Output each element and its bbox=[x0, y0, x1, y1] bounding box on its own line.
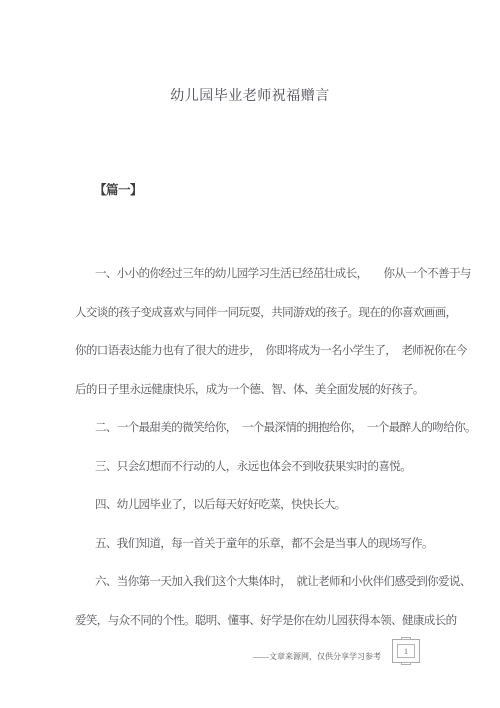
body-line: 四、幼儿园毕业了，以后每天好好吃菜，快快长大。 bbox=[75, 485, 428, 524]
body-line: 人交谈的孩子变成喜欢与同伴一同玩耍，共同游戏的孩子。现在的你喜欢画画， bbox=[75, 293, 428, 332]
body-line: 一、小小的你经过三年的幼儿园学习生活已经茁壮成长， 你从一个不善于与 bbox=[75, 254, 428, 293]
document-title: 幼儿园毕业老师祝福赠言 bbox=[0, 0, 500, 106]
body-line: 三、只会幻想而不行动的人，永远也体会不到收获果实时的喜悦。 bbox=[75, 447, 428, 486]
body-line: 后的日子里永远健康快乐，成为一个德、智、体、美全面发展的好孩子。 bbox=[75, 370, 428, 409]
body-line: 二、一个最甜美的微笑给你， 一个最深情的拥抱给你， 一个最醉人的吻给你。 bbox=[75, 408, 428, 447]
body-line: 你的口语表达能力也有了很大的进步， 你即将成为一名小学生了， 老师祝你在今 bbox=[75, 331, 428, 370]
source-note: ——文章来源网，仅供分享学习参考 bbox=[253, 651, 381, 662]
stamp-inner-frame: 1 bbox=[397, 644, 415, 658]
stamp-notch-icon bbox=[401, 662, 411, 665]
page-number: 1 bbox=[404, 647, 408, 656]
document-page: 幼儿园毕业老师祝福赠言 【篇一】 一、小小的你经过三年的幼儿园学习生活已经茁壮成… bbox=[0, 0, 500, 708]
stamp-notch-icon bbox=[401, 637, 411, 640]
section-header: 【篇一】 bbox=[94, 183, 500, 198]
body-line: 爱笑，与众不同的个性。聪明、懂事、好学是你在幼儿园获得本领、健康成长的 bbox=[75, 601, 428, 640]
body-line: 六、当你第一天加入我们这个大集体时， 就让老师和小伙伴们感受到你爱说、 bbox=[75, 562, 428, 601]
document-body: 一、小小的你经过三年的幼儿园学习生活已经茁壮成长， 你从一个不善于与 人交谈的孩… bbox=[75, 254, 428, 639]
body-line: 五、我们知道，每一首关于童年的乐章，都不会是当事人的现场写作。 bbox=[75, 524, 428, 563]
page-number-stamp-icon: 1 bbox=[392, 639, 420, 663]
